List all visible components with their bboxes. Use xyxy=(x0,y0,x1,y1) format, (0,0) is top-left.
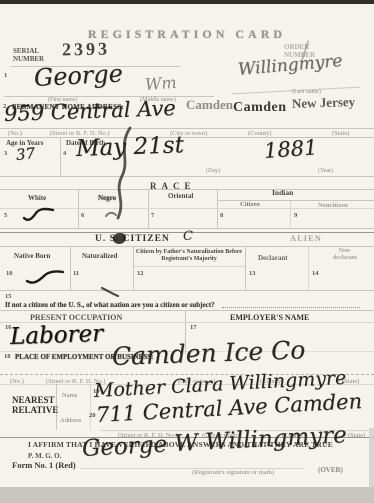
county-stamp: Camden xyxy=(233,100,287,116)
present-occupation-header: PRESENT OCCUPATION xyxy=(30,313,122,322)
field-number: 6 xyxy=(81,212,84,219)
last-name-handwriting: Willingmyre xyxy=(237,51,343,80)
race-indian-label: Indian xyxy=(272,188,293,197)
field-number: 15 xyxy=(5,293,12,300)
day-caption: (Day) xyxy=(206,168,220,174)
occupation-handwriting: Laborer xyxy=(10,321,104,350)
age-handwriting: 37 xyxy=(15,144,36,164)
field-number: 13 xyxy=(249,270,256,277)
field-number: 18 xyxy=(4,353,11,360)
field-number: 7 xyxy=(151,212,154,219)
registrant-signature-handwriting: George W Willingmyre xyxy=(81,422,347,462)
rule xyxy=(60,137,61,176)
field-number: 5 xyxy=(4,212,7,219)
address-caption: (State) xyxy=(332,130,349,137)
non-declarant-label: Non-declarant xyxy=(328,248,362,262)
card-title: REGISTRATION CARD xyxy=(0,27,374,42)
rule xyxy=(133,266,245,267)
signature-caption: (Registrant's signature or mark) xyxy=(192,469,274,476)
rule xyxy=(222,307,360,308)
citizen-by-father-label: Citizen by Father's Naturalization Befor… xyxy=(135,249,243,263)
registration-card: REGISTRATION CARD SERIALNUMBER 2393 ORDE… xyxy=(0,0,374,487)
rule xyxy=(148,189,149,228)
last-name-caption: (Last name) xyxy=(292,89,321,95)
ink-stroke: C xyxy=(183,229,193,244)
alien-header: ALIEN xyxy=(290,233,322,243)
race-indian-noncitizen-label: Noncitizen xyxy=(318,202,348,209)
field-number: 20 xyxy=(89,412,96,419)
ink-stroke xyxy=(100,286,120,298)
nation-question: If not a citizen of the U. S., of what n… xyxy=(5,301,215,309)
employers-name-header: EMPLOYER'S NAME xyxy=(230,313,309,322)
field-number: 14 xyxy=(312,270,319,277)
rule xyxy=(90,384,91,430)
ink-flourish xyxy=(100,126,140,222)
scan-edge-shadow xyxy=(369,428,374,487)
relative-address-label: Address xyxy=(60,417,81,424)
race-indian-citizen-label: Citizen xyxy=(240,201,260,208)
rule xyxy=(0,310,374,311)
rule xyxy=(70,246,71,290)
rule xyxy=(0,189,374,190)
rule xyxy=(0,128,374,129)
over-label: (OVER) xyxy=(318,466,343,474)
serial-number-value: 2393 xyxy=(62,39,110,61)
state-stamp: New Jersey xyxy=(292,94,356,112)
nearest-relative-title: NEARESTRELATIVE xyxy=(12,395,58,415)
home-address-handwriting: 959 Central Ave xyxy=(4,96,177,126)
rule xyxy=(133,246,134,290)
first-name-handwriting: George xyxy=(33,59,123,92)
declarant-label: Declarant xyxy=(258,254,288,262)
rule xyxy=(290,200,291,228)
rule xyxy=(78,189,79,228)
check-mark xyxy=(25,269,65,285)
us-citizen-header: U. S. CITIZEN xyxy=(95,234,170,244)
birth-year-handwriting: 1881 xyxy=(263,135,318,163)
check-mark xyxy=(22,206,56,224)
field-number: 17 xyxy=(190,324,197,331)
rule xyxy=(245,246,246,290)
form-number-text: Form No. 1 (Red) xyxy=(12,460,76,470)
rule xyxy=(217,189,218,228)
field-number: 9 xyxy=(294,212,297,219)
rule xyxy=(308,246,309,290)
naturalized-label: Naturalized xyxy=(82,252,117,260)
middle-name-handwriting: Wm xyxy=(144,73,177,94)
field-number: 8 xyxy=(220,212,223,219)
rule xyxy=(0,176,374,177)
employment-handwriting: Camden Ice Co xyxy=(111,335,305,371)
rule xyxy=(0,246,374,247)
field-number: 4 xyxy=(63,150,66,157)
serial-number-label: SERIALNUMBER xyxy=(13,47,44,63)
field-number: 11 xyxy=(73,270,79,277)
native-born-label: Native Born xyxy=(14,252,50,260)
scan-top-edge xyxy=(0,0,374,4)
race-white-label: White xyxy=(28,194,46,202)
form-agency-text: P. M. G. O. xyxy=(28,452,61,460)
race-oriental-label: Oriental xyxy=(168,192,193,200)
scan-bottom-edge xyxy=(0,487,374,503)
field-number: 3 xyxy=(4,150,7,157)
field-number: 1 xyxy=(4,72,7,79)
relative-name-label: Name xyxy=(62,392,78,399)
rule xyxy=(0,290,374,291)
year-caption: (Year) xyxy=(318,168,333,174)
rule xyxy=(4,96,214,97)
city-stamp: Camden xyxy=(186,97,233,113)
address-caption: (County) xyxy=(248,130,271,137)
rule xyxy=(0,137,374,138)
field-number: 10 xyxy=(6,270,13,277)
field-number: 12 xyxy=(137,270,144,277)
address-caption: (No.) xyxy=(8,130,22,137)
